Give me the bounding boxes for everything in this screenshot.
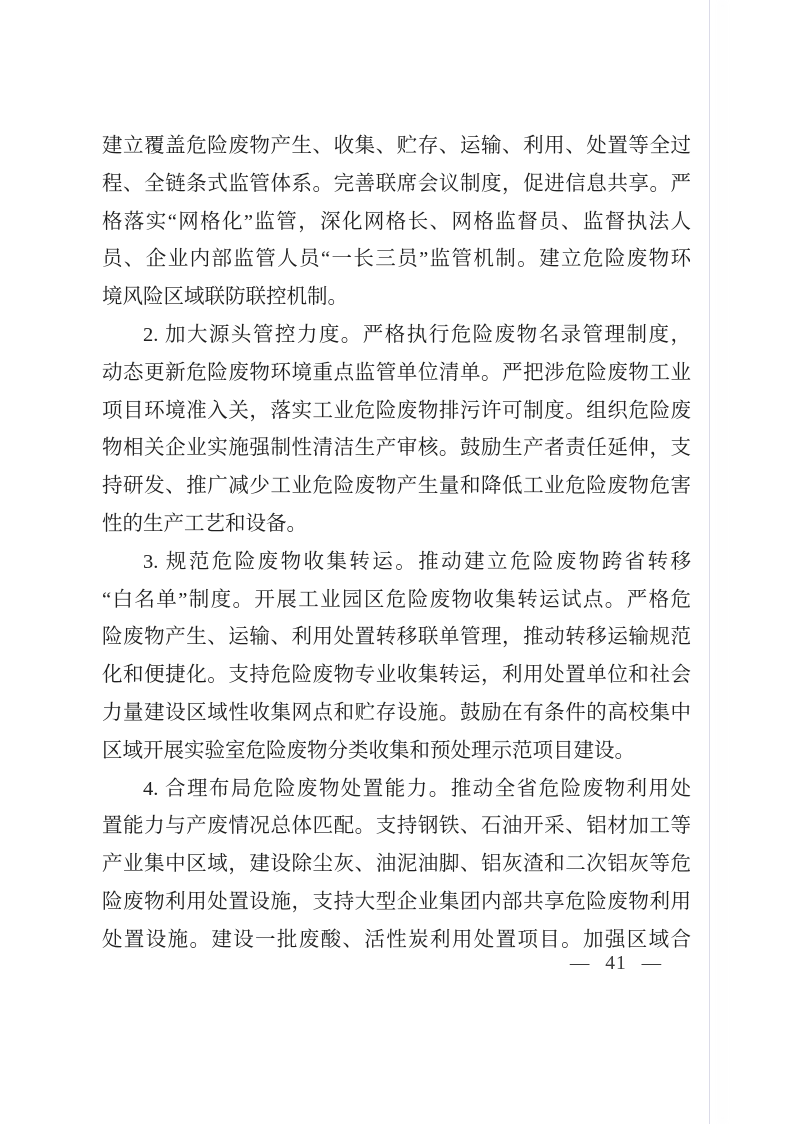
- paragraph-continuation: 建立覆盖危险废物产生、收集、贮存、运输、利用、处置等全过 程、全链条式监管体系。…: [102, 128, 691, 317]
- text-line: 程、全链条式监管体系。完善联席会议制度，促进信息共享。严: [102, 166, 691, 204]
- text-line: 动态更新危险废物环境重点监管单位清单。严把涉危险废物工业: [102, 355, 691, 393]
- text-line: 性的生产工艺和设备。: [102, 506, 691, 544]
- scanned-document-page: 建立覆盖危险废物产生、收集、贮存、运输、利用、处置等全过 程、全链条式监管体系。…: [0, 0, 791, 1124]
- text-line: 力量建设区域性收集网点和贮存设施。鼓励在有条件的高校集中: [102, 695, 691, 733]
- text-line: “白名单”制度。开展工业园区危险废物收集转运试点。严格危: [102, 582, 691, 620]
- text-line: 区域开展实验室危险废物分类收集和预处理示范项目建设。: [102, 733, 691, 771]
- text-line: 物相关企业实施强制性清洁生产审核。鼓励生产者责任延伸，支: [102, 430, 691, 468]
- text-line: 员、企业内部监管人员“一长三员”监管机制。建立危险废物环: [102, 241, 691, 279]
- text-line: 2. 加大源头管控力度。严格执行危险废物名录管理制度，: [102, 317, 691, 355]
- paragraph-item-3: 3. 规范危险废物收集转运。推动建立危险废物跨省转移 “白名单”制度。开展工业园…: [102, 544, 691, 771]
- text-line: 4. 合理布局危险废物处置能力。推动全省危险废物利用处: [102, 771, 691, 809]
- text-line: 建立覆盖危险废物产生、收集、贮存、运输、利用、处置等全过: [102, 128, 691, 166]
- paragraph-item-4: 4. 合理布局危险废物处置能力。推动全省危险废物利用处 置能力与产废情况总体匹配…: [102, 771, 691, 960]
- text-line: 格落实“网格化”监管，深化网格长、网格监督员、监督执法人: [102, 204, 691, 242]
- text-line: 化和便捷化。支持危险废物专业收集转运，利用处置单位和社会: [102, 657, 691, 695]
- text-line: 险废物利用处置设施，支持大型企业集团内部共享危险废物利用: [102, 884, 691, 922]
- paragraph-item-2: 2. 加大源头管控力度。严格执行危险废物名录管理制度， 动态更新危险废物环境重点…: [102, 317, 691, 544]
- page-number: — 41 —: [558, 951, 674, 977]
- document-body: 建立覆盖危险废物产生、收集、贮存、运输、利用、处置等全过 程、全链条式监管体系。…: [102, 128, 691, 960]
- text-line: 置能力与产废情况总体匹配。支持钢铁、石油开采、铝材加工等: [102, 808, 691, 846]
- text-line: 境风险区域联防联控机制。: [102, 279, 691, 317]
- text-line: 产业集中区域，建设除尘灰、油泥油脚、铝灰渣和二次铝灰等危: [102, 846, 691, 884]
- text-line: 持研发、推广减少工业危险废物产生量和降低工业危险废物危害: [102, 468, 691, 506]
- text-line: 险废物产生、运输、利用处置转移联单管理，推动转移运输规范: [102, 619, 691, 657]
- scan-edge-line: [709, 0, 710, 1124]
- text-line: 项目环境准入关，落实工业危险废物排污许可制度。组织危险废: [102, 393, 691, 431]
- text-line: 3. 规范危险废物收集转运。推动建立危险废物跨省转移: [102, 544, 691, 582]
